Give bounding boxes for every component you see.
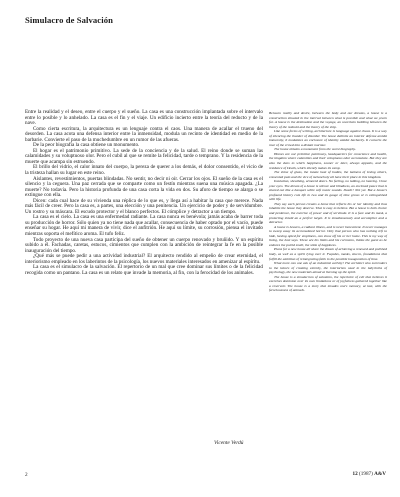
issue-number: 12 [353, 471, 358, 477]
article-title: Simulacro de Salvación [25, 15, 113, 25]
spanish-paragraph: La casa es el cielo. La casa es una enfe… [25, 215, 263, 237]
page-number: 2 [25, 472, 28, 478]
english-paragraph: Plans for a new house all share the drea… [269, 247, 387, 261]
english-paragraph: Insulation, sheathing, armored doors. No… [269, 179, 387, 202]
english-paragraph: A house is heaven, a radiant illness, an… [269, 225, 387, 248]
author-signature: Vicente Verdú [214, 440, 243, 446]
english-translation-column: Between reality and desire, between the … [269, 111, 387, 293]
spanish-paragraph: Todo proyecto de una nueva casa particip… [25, 238, 263, 255]
spanish-paragraph: Dicen: cada cual hace de su vivienda una… [25, 199, 263, 216]
spanish-text-column: Entre la realidad y el deseo, entre el c… [25, 110, 263, 276]
english-paragraph: Like some forms of writing, architecture… [269, 129, 387, 147]
spanish-paragraph: Como cierta escritura, la arquitectura e… [25, 127, 263, 144]
publication-name: A&V [374, 471, 386, 477]
issue-year: (1987) [359, 471, 373, 477]
english-paragraph: Between reality and desire, between the … [269, 111, 387, 129]
english-paragraph: The shine of glass, the innate heat of b… [269, 170, 387, 179]
spanish-paragraph: La casa es el simulacro de la salvación.… [25, 265, 263, 276]
spanish-paragraph: Aislantes, revestimientos, puertas blind… [25, 177, 263, 199]
issue-reference: 12 (1987) A&V [353, 471, 386, 477]
spanish-paragraph: El hogar es el patrimonio primitivo. La … [25, 149, 263, 166]
english-paragraph: They say each person creates a home that… [269, 202, 387, 225]
english-paragraph: The house is a simulacrum of salvation, … [269, 275, 387, 293]
spanish-paragraph: El brillo del vidrio, el calor innato de… [25, 165, 263, 176]
spanish-paragraph: Entre la realidad y el deseo, entre el c… [25, 110, 263, 127]
english-paragraph: Homes are our primitive patrimony, headq… [269, 152, 387, 170]
english-paragraph: What more can one ask of an industrial a… [269, 261, 387, 275]
